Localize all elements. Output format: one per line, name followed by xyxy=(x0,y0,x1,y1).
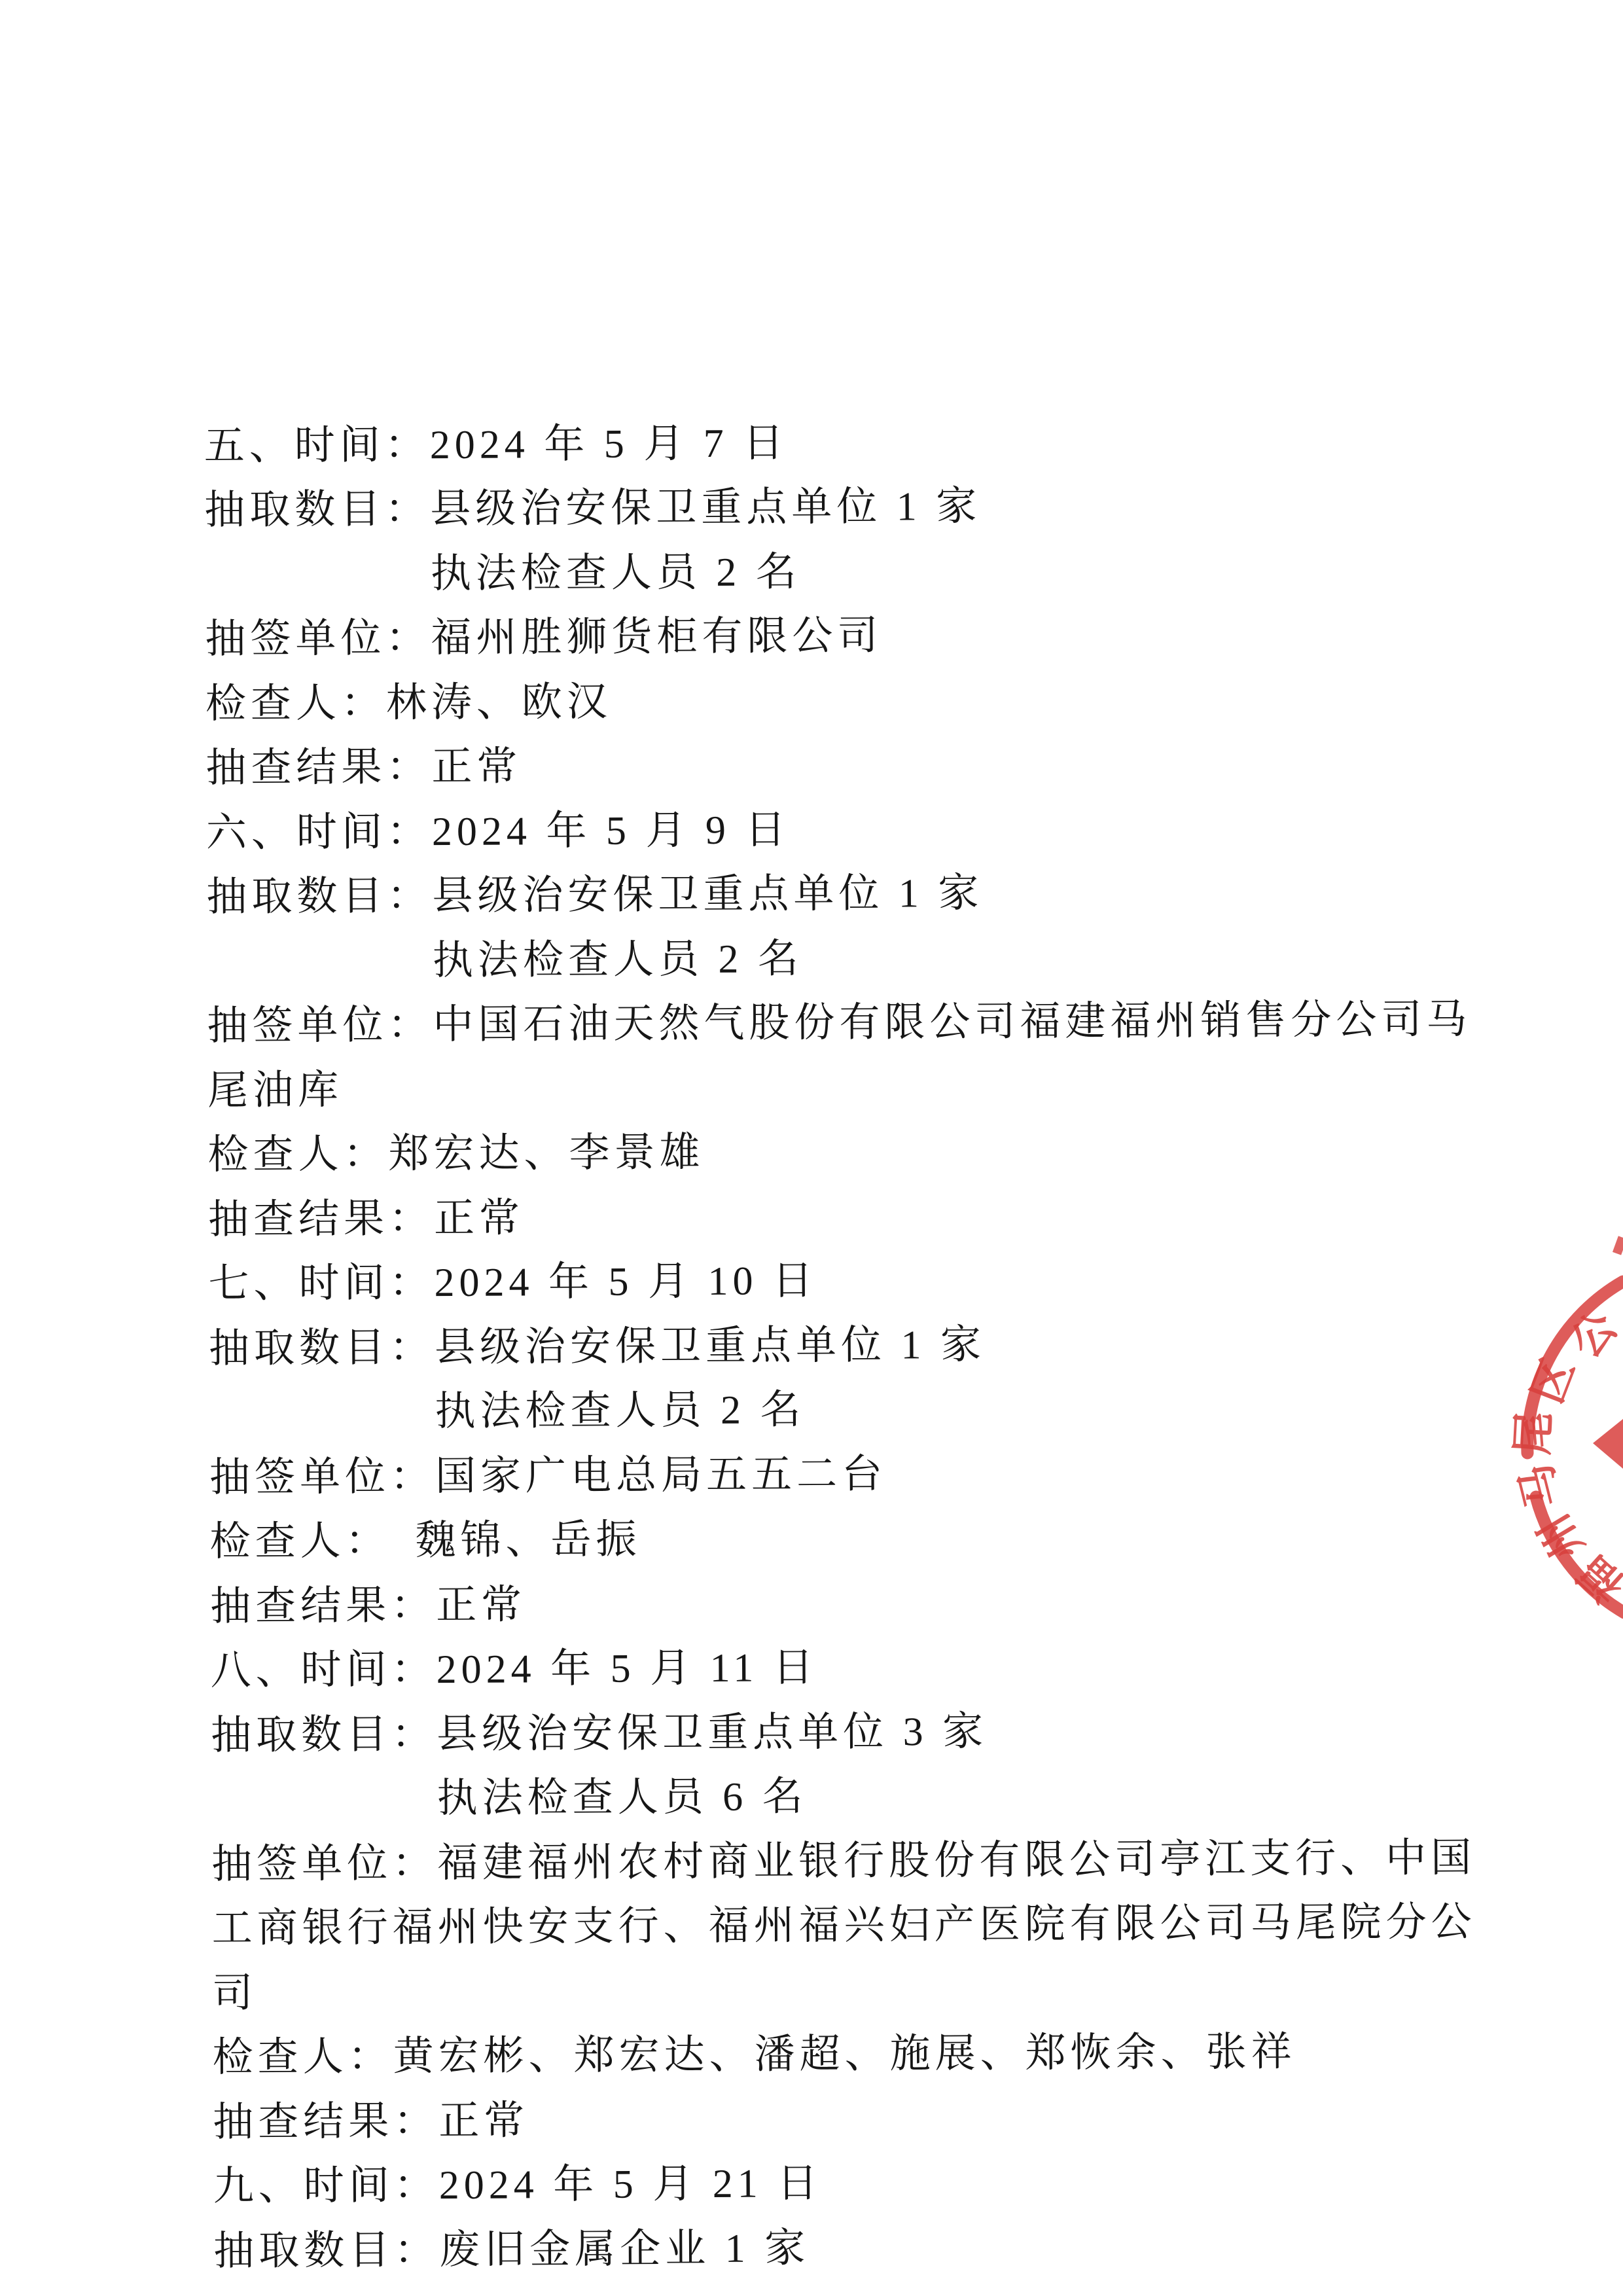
text-line: 尾油库 xyxy=(207,1052,1503,1123)
text-line: 五、时间：2024 年 5 月 7 日 xyxy=(204,407,1500,478)
seal-outer-arc-top xyxy=(1527,1282,1623,1453)
seal-character: 公 xyxy=(1562,1303,1623,1367)
text-line: 抽取数目：废旧金属企业 1 家 xyxy=(213,2212,1509,2284)
text-line: 检查人： 魏锦、岳振 xyxy=(209,1503,1505,1575)
text-line: 检查人：黄宏彬、郑宏达、潘超、施展、郑恢余、张祥 xyxy=(212,2019,1508,2090)
seal-outer-arc-bottom xyxy=(1536,1497,1623,1613)
document-body: 五、时间：2024 年 5 月 7 日抽取数目：县级治安保卫重点单位 1 家执法… xyxy=(203,214,1509,2284)
scanned-document-page: 五、时间：2024 年 5 月 7 日抽取数目：县级治安保卫重点单位 1 家执法… xyxy=(0,0,1623,2296)
text-line: 工商银行福州快安支行、福州福兴妇产医院有限公司马尾院分公 xyxy=(211,1890,1507,1962)
text-line: 检查人：林涛、欧汉 xyxy=(205,665,1501,736)
seal-glyph-fragment xyxy=(1613,1236,1623,1255)
text-line: 抽查结果：正常 xyxy=(213,2083,1508,2155)
seal-character: 福 xyxy=(1570,1547,1623,1611)
text-line: 抽签单位：国家广电总局五五二台 xyxy=(209,1439,1505,1510)
text-line: 抽取数目：县级治安保卫重点单位 3 家 xyxy=(211,1696,1507,1768)
text-line: 检查人：郑宏达、李景雄 xyxy=(207,1117,1503,1188)
seal-character: 州 xyxy=(1530,1506,1594,1568)
text-line: 抽取数目：县级治安保卫重点单位 1 家 xyxy=(209,1310,1505,1381)
text-line: 司 xyxy=(212,1954,1508,2026)
seal-character: 区 xyxy=(1524,1352,1584,1410)
text-line: 抽取数目：县级治安保卫重点单位 1 家 xyxy=(206,859,1502,930)
text-line: 抽查结果：正常 xyxy=(208,1181,1504,1252)
text-line: 抽查结果：正常 xyxy=(210,1568,1506,1639)
seal-graphics: 公区尾马州福 xyxy=(1509,1236,1623,1613)
seal-character: 马 xyxy=(1512,1459,1569,1513)
text-line: 六、时间：2024 年 5 月 9 日 xyxy=(206,794,1502,865)
text-line: 执法检查人员 2 名 xyxy=(207,923,1503,994)
text-line: 抽签单位：福建福州农村商业银行股份有限公司亭江支行、中国 xyxy=(211,1825,1507,1897)
text-line: 抽签单位：中国石油天然气股份有限公司福建福州销售分公司马 xyxy=(207,988,1503,1059)
text-line: 抽查结果：正常 xyxy=(205,730,1501,801)
text-line: 七、时间：2024 年 5 月 10 日 xyxy=(208,1246,1504,1317)
text-line: 执法检查人员 2 名 xyxy=(205,536,1501,607)
text-line: 九、时间：2024 年 5 月 21 日 xyxy=(213,2148,1508,2219)
seal-character: 尾 xyxy=(1509,1410,1559,1456)
text-line: 执法检查人员 2 名 xyxy=(209,1374,1505,1446)
seal-characters: 公区尾马州福 xyxy=(1509,1303,1623,1611)
text-line: 抽取数目：县级治安保卫重点单位 1 家 xyxy=(204,472,1500,543)
text-line: 执法检查人员 6 名 xyxy=(211,1761,1507,1833)
text-line: 抽签单位：福州胜狮货柜有限公司 xyxy=(205,601,1501,672)
seal-star-icon xyxy=(1593,1419,1623,1469)
text-line: 八、时间：2024 年 5 月 11 日 xyxy=(210,1632,1506,1704)
